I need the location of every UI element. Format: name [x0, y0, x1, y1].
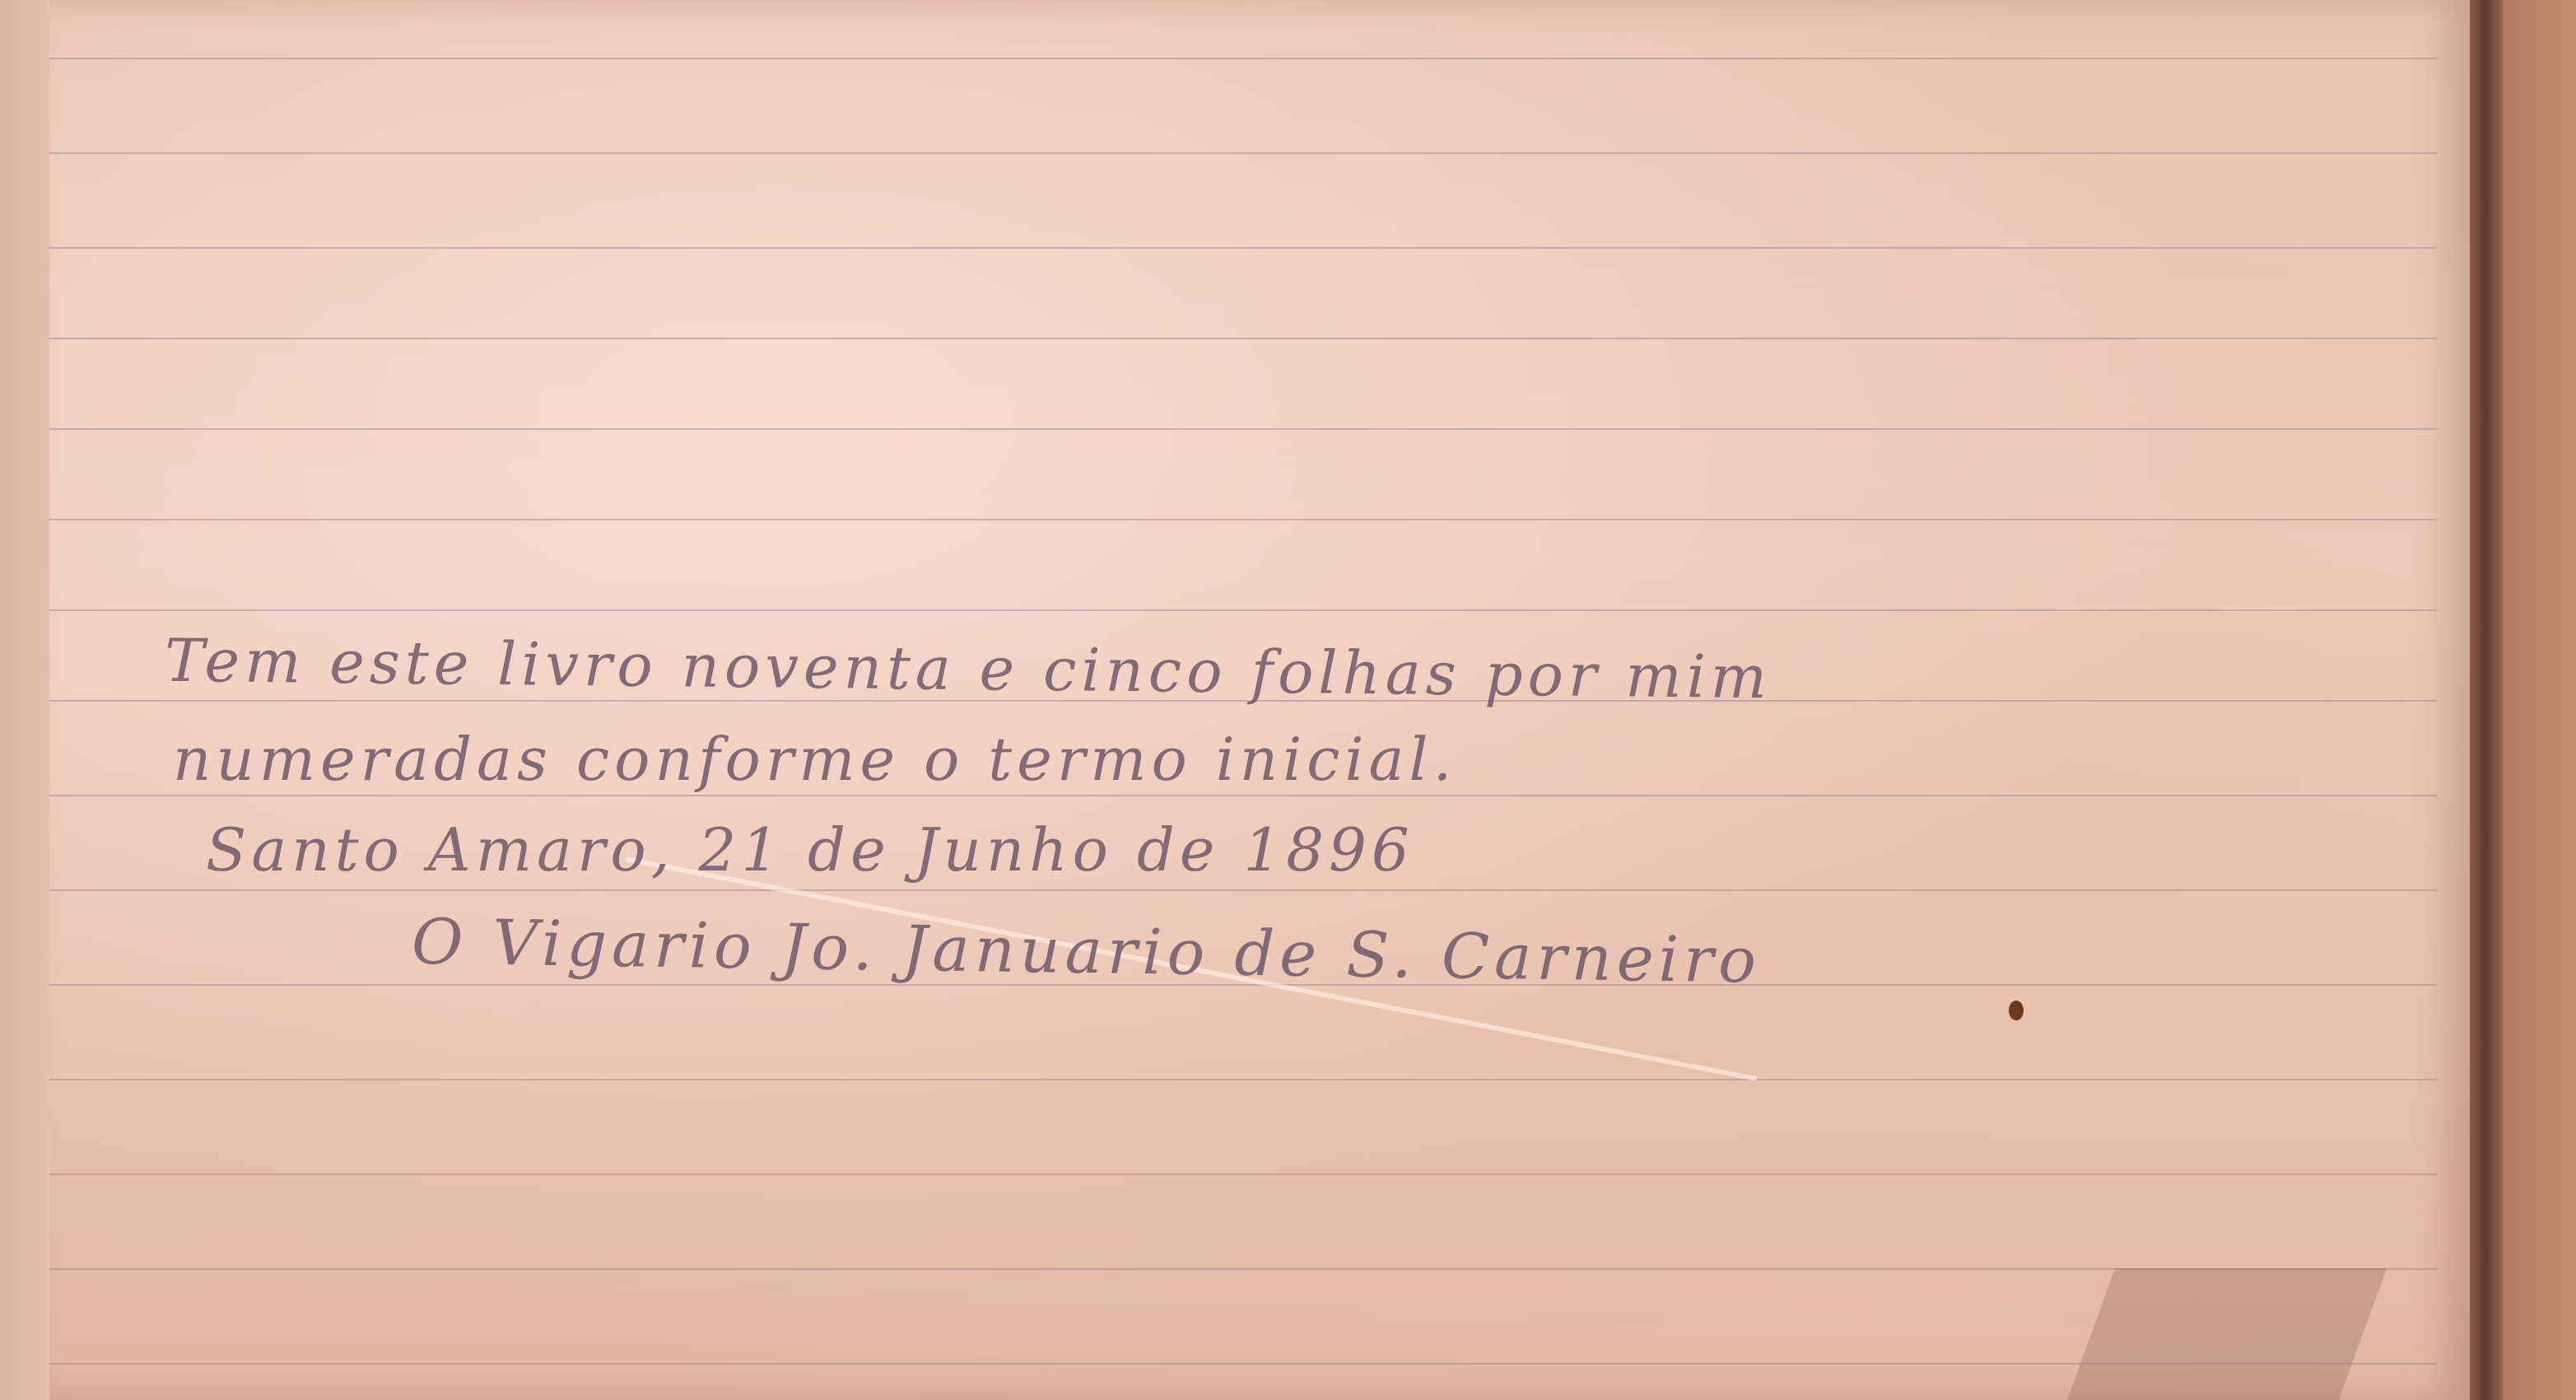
handwritten-date-line: Santo Amaro, 21 de Junho de 1896 — [206, 815, 1414, 884]
ruled-line — [49, 1174, 2437, 1175]
handwritten-line-2: numeradas conforme o termo inicial. — [173, 725, 1456, 794]
ruled-line — [49, 1363, 2437, 1365]
ruled-line — [49, 58, 2437, 59]
ruled-line — [49, 1268, 2437, 1270]
ruled-line — [49, 338, 2437, 339]
book-gutter — [2470, 0, 2503, 1400]
ruled-line — [49, 1079, 2437, 1080]
ruled-line — [49, 247, 2437, 249]
ruled-line — [49, 152, 2437, 154]
ink-spot — [2009, 1001, 2024, 1020]
ruled-line — [49, 795, 2437, 796]
ruled-line — [49, 519, 2437, 520]
ruled-line — [49, 428, 2437, 430]
book-cover-edge — [2503, 0, 2576, 1400]
corner-stain — [2067, 1268, 2387, 1400]
ruled-line — [49, 609, 2437, 611]
ruled-line — [49, 889, 2437, 891]
